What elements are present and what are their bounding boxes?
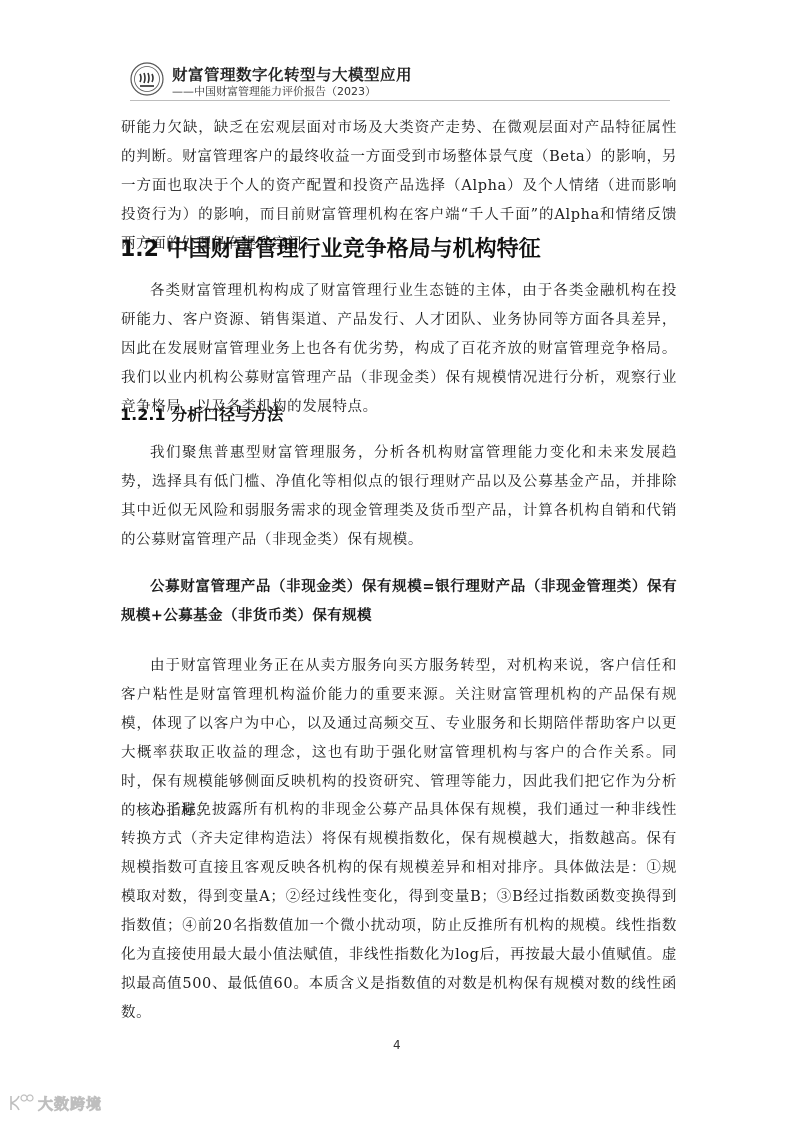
formula-text: 公募财富管理产品（非现金类）保有规模=银行理财产品（非现金管理类）保有规模+公募… <box>121 572 677 630</box>
section-intro-block: 各类财富管理机构构成了财富管理行业生态链的主体，由于各类金融机构在投研能力、客户… <box>121 277 677 422</box>
watermark: 大数跨境 <box>8 1092 102 1114</box>
brand-logo-icon <box>8 1093 34 1113</box>
section-intro-paragraph: 各类财富管理机构构成了财富管理行业生态链的主体，由于各类金融机构在投研能力、客户… <box>121 277 677 422</box>
indexing-paragraph: 为了避免披露所有机构的非现金公募产品具体保有规模，我们通过一种非线性转换方式（齐… <box>121 796 677 1028</box>
page-number: 4 <box>393 1038 401 1052</box>
header-divider <box>130 100 670 101</box>
report-subtitle: ——中国财富管理能力评价报告（2023） <box>172 83 376 99</box>
indexing-paragraph-block: 为了避免披露所有机构的非现金公募产品具体保有规模，我们通过一种非线性转换方式（齐… <box>121 796 677 1028</box>
report-title: 财富管理数字化转型与大模型应用 <box>172 63 412 85</box>
subsection-heading: 1.2.1 分析口径与方法 <box>120 402 283 425</box>
method-paragraph-block: 我们聚焦普惠型财富管理服务，分析各机构财富管理能力变化和未来发展趋势，选择具有低… <box>121 439 677 555</box>
institution-seal-icon <box>130 62 164 96</box>
page-header: 财富管理数字化转型与大模型应用 ——中国财富管理能力评价报告（2023） <box>128 60 673 102</box>
formula-block: 公募财富管理产品（非现金类）保有规模=银行理财产品（非现金管理类）保有规模+公募… <box>121 572 677 630</box>
watermark-text: 大数跨境 <box>38 1093 102 1114</box>
method-paragraph: 我们聚焦普惠型财富管理服务，分析各机构财富管理能力变化和未来发展趋势，选择具有低… <box>121 439 677 555</box>
section-heading: 1.2 中国财富管理行业竞争格局与机构特征 <box>120 232 541 263</box>
